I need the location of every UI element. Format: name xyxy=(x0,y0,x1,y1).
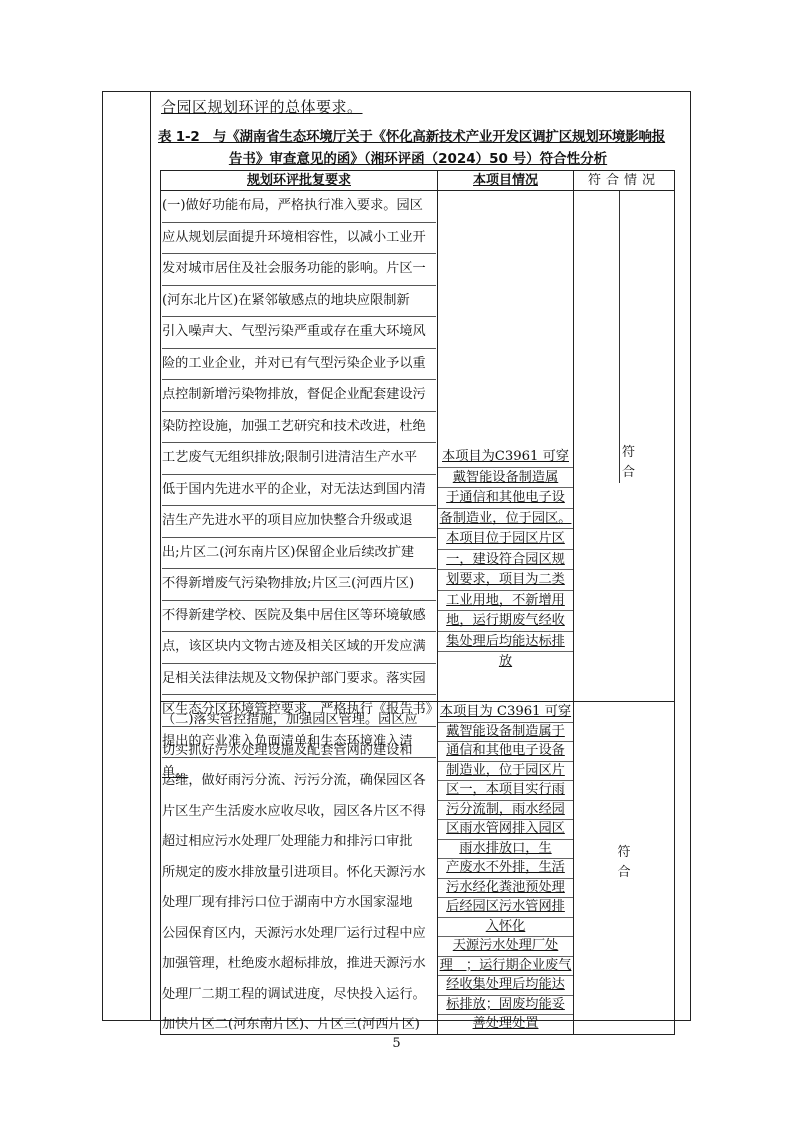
table-row: (一)做好功能布局，严格执行准入要求。园区 应从规划层面提升环境相容性，以减小工… xyxy=(161,191,675,702)
header-situation: 本项目情况 xyxy=(438,171,574,191)
text-line: 于通信和其他电子设 xyxy=(438,488,573,509)
status-text: 符 合 xyxy=(574,702,674,883)
text-line: 区雨水管网排入园区 xyxy=(438,820,573,840)
text-line: 引入噪声大、气型污染严重或存在重大环境风 xyxy=(162,317,436,349)
text-line: 理 ；运行期企业废气 xyxy=(438,957,573,977)
text-line: （二)落实管控措施，加强园区管理。园区应 xyxy=(162,705,436,736)
compliance-table: 规划环评批复要求 本项目情况 符合情况 (一)做好功能布局，严格执行准入要求。园… xyxy=(160,170,675,1035)
requirement-cell: (一)做好功能布局，严格执行准入要求。园区 应从规划层面提升环境相容性，以减小工… xyxy=(161,191,438,702)
text-line: 备制造业，位于园区。 xyxy=(438,509,573,530)
text-line: 集处理后均能达标排 xyxy=(438,632,573,653)
header-status: 符合情况 xyxy=(574,171,675,191)
text-line: 低于国内先进水平的企业，对无法达到国内清 xyxy=(162,475,436,507)
text-line: 运维，做好雨污分流、污污分流，确保园区各 xyxy=(162,766,436,797)
situation-cell: 本项目为 C3961 可穿 戴智能设备制造属于 通信和其他电子设备 制造业，位于… xyxy=(438,702,574,1035)
text-line: 不得新增废气污染物排放;片区三(河西片区) xyxy=(162,569,436,601)
text-line: 工艺废气无组织排放;限制引进清洁生产水平 xyxy=(162,443,436,475)
status-char: 符 xyxy=(574,843,674,863)
text-line: 经收集处理后均能达 xyxy=(438,976,573,996)
status-char: 符 xyxy=(622,443,635,463)
text-line: 点，该区块内文物古迹及相关区域的开发应满 xyxy=(162,632,436,664)
status-cell: 符 合 xyxy=(574,702,675,1035)
left-label-column xyxy=(103,92,151,1020)
text-line: 放 xyxy=(438,652,573,672)
text-line: 超过相应污水处理厂处理能力和排污口审批 xyxy=(162,827,436,858)
table-row: （二)落实管控措施，加强园区管理。园区应 切实抓好污水处理设施及配套管网的建设和… xyxy=(161,702,675,1035)
header-requirement: 规划环评批复要求 xyxy=(161,171,438,191)
text-line: 片区生产生活废水应收尽收，园区各片区不得 xyxy=(162,797,436,828)
requirement-text: （二)落实管控措施，加强园区管理。园区应 切实抓好污水处理设施及配套管网的建设和… xyxy=(161,702,437,1017)
text-line: 制造业，位于园区片 xyxy=(438,762,573,782)
text-line: 本项目为C3961 可穿 xyxy=(438,447,573,468)
table-title-line-1: 表 1-2 与《湖南省生态环境厅关于《怀化高新技术产业开发区调扩区规划环境影响报 xyxy=(158,126,678,148)
text-line: 雨水排放口，生 xyxy=(438,840,573,860)
intro-text: 合园区规划环评的总体要求。 xyxy=(161,96,363,117)
text-line: 划要求，项目为二类 xyxy=(438,570,573,591)
table-title: 表 1-2 与《湖南省生态环境厅关于《怀化高新技术产业开发区调扩区规划环境影响报… xyxy=(158,126,678,170)
requirement-text: (一)做好功能布局，严格执行准入要求。园区 应从规划层面提升环境相容性，以减小工… xyxy=(161,191,437,701)
text-line: 出;片区二(河东南片区)保留企业后续改扩建 xyxy=(162,538,436,570)
text-line: 本项目位于园区片区 xyxy=(438,529,573,550)
text-line: 戴智能设备制造属于 xyxy=(438,723,573,743)
text-line: 处理厂现有排污口位于湖南中方水国家湿地 xyxy=(162,888,436,919)
text-line: 本项目为 C3961 可穿 xyxy=(438,703,573,723)
text-line: 切实抓好污水处理设施及配套管网的建设和 xyxy=(162,736,436,767)
table-header-row: 规划环评批复要求 本项目情况 符合情况 xyxy=(161,171,675,191)
text-line: 通信和其他电子设备 xyxy=(438,742,573,762)
text-line: 污分流制，雨水经园 xyxy=(438,801,573,821)
requirement-cell: （二)落实管控措施，加强园区管理。园区应 切实抓好污水处理设施及配套管网的建设和… xyxy=(161,702,438,1035)
text-line: 险的工业企业，并对已有气型污染企业予以重 xyxy=(162,349,436,381)
text-line: (河东北片区)在紧邻敏感点的地块应限制新 xyxy=(162,286,436,318)
text-line: 后经园区污水管网排 xyxy=(438,898,573,918)
text-line: 天源污水处理厂处 xyxy=(438,937,573,957)
situation-text: 本项目为 C3961 可穿 戴智能设备制造属于 通信和其他电子设备 制造业，位于… xyxy=(438,702,573,1034)
text-line: 善处理处置 xyxy=(438,1015,573,1034)
text-line: 洁生产先进水平的项目应加快整合升级或退 xyxy=(162,506,436,538)
text-line: 染防控设施，加强工艺研究和技术改进，杜绝 xyxy=(162,412,436,444)
text-line: (一)做好功能布局，严格执行准入要求。园区 xyxy=(162,191,436,223)
situation-text: 本项目为C3961 可穿 戴智能设备制造属 于通信和其他电子设 备制造业，位于园… xyxy=(438,220,573,672)
text-line: 点控制新增污染物排放，督促企业配套建设污 xyxy=(162,380,436,412)
situation-cell: 本项目为C3961 可穿 戴智能设备制造属 于通信和其他电子设 备制造业，位于园… xyxy=(438,191,574,702)
text-line: 处理厂二期工程的调试进度，尽快投入运行。 xyxy=(162,980,436,1011)
text-line: 不得新建学校、医院及集中居住区等环境敏感 xyxy=(162,601,436,633)
status-cell: 符 合 xyxy=(574,191,675,702)
text-line: 工业用地，不新增用 xyxy=(438,591,573,612)
text-line: 一，建设符合园区规 xyxy=(438,550,573,571)
status-text: 符 合 xyxy=(619,191,635,483)
text-line: 区一，本项目实行雨 xyxy=(438,781,573,801)
text-line: 标排放；固废均能妥 xyxy=(438,996,573,1016)
text-line: 应从规划层面提升环境相容性，以减小工业开 xyxy=(162,223,436,255)
text-line: 入怀化 xyxy=(438,918,573,938)
table-title-line-2: 告书》审查意见的函》（湘环评函（2024）50 号）符合性分析 xyxy=(229,151,607,167)
status-char: 合 xyxy=(622,463,635,483)
text-line: 地，运行期废气经收 xyxy=(438,611,573,632)
text-line: 产废水不外排，生活 xyxy=(438,859,573,879)
text-line: 发对城市居住及社会服务功能的影响。片区一 xyxy=(162,254,436,286)
text-line: 污水经化粪池预处理 xyxy=(438,879,573,899)
text-line: 足相关法律法规及文物保护部门要求。落实园 xyxy=(162,664,436,696)
text-line: 公园保育区内，天源污水处理厂运行过程中应 xyxy=(162,919,436,950)
status-char: 合 xyxy=(574,863,674,883)
page-number: 5 xyxy=(0,1036,793,1051)
text-line: 戴智能设备制造属 xyxy=(438,468,573,489)
text-line: 所规定的废水排放量引进项目。怀化天源污水 xyxy=(162,858,436,889)
text-line: 加强管理，杜绝废水超标排放，推进天源污水 xyxy=(162,949,436,980)
